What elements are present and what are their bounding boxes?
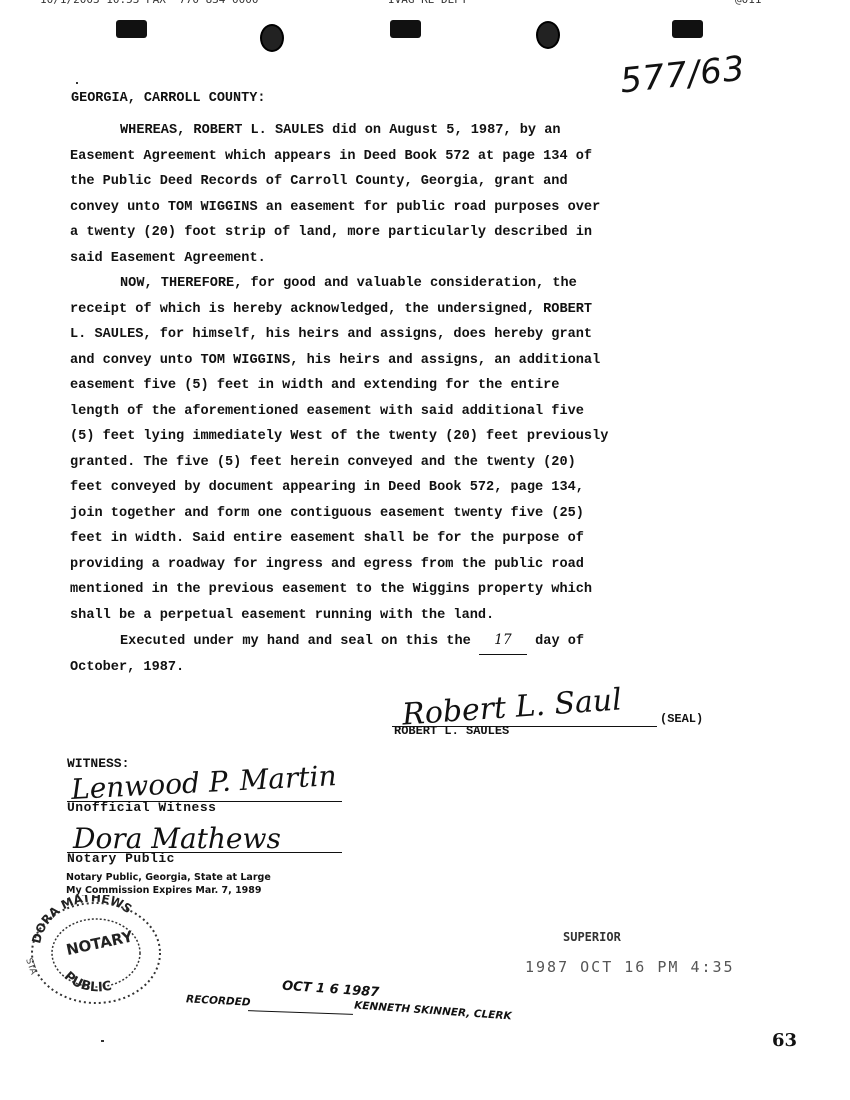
scan-speck: [101, 1040, 104, 1042]
text-line: shall be a perpetual easement running wi…: [70, 603, 750, 629]
text-line: feet in width. Said entire easement shal…: [70, 526, 750, 552]
punch-hole-icon: [260, 24, 284, 52]
text-line: mentioned in the previous easement to th…: [70, 577, 750, 603]
text-line: Easement Agreement which appears in Deed…: [70, 144, 750, 170]
notary-commission-info: Notary Public, Georgia, State at Large M…: [66, 871, 271, 897]
redaction-mark: [390, 20, 421, 38]
paragraph-whereas: WHEREAS, ROBERT L. SAULES did on August …: [70, 118, 750, 271]
text-line: the Public Deed Records of Carroll Count…: [70, 169, 750, 195]
text-line: providing a roadway for ingress and egre…: [70, 552, 750, 578]
handwritten-file-number: 577/63: [618, 49, 747, 102]
fax-header-center: IVAG RE DEPT: [388, 0, 467, 6]
paragraph-execution: Executed under my hand and seal on this …: [70, 628, 750, 680]
recorded-stamp: RECORDED OCT 1 6 1987 KENNETH SKINNER, C…: [186, 985, 526, 1035]
notary-seal-stamp-icon: DORA MATHEWS NOTARY PUBLIC STA LARGE: [18, 895, 168, 1005]
text-line: a twenty (20) foot strip of land, more p…: [70, 220, 750, 246]
text-line: and convey unto TOM WIGGINS, his heirs a…: [70, 348, 750, 374]
stamp-word-notary: NOTARY: [65, 927, 136, 959]
stamp-side-left: STA: [23, 957, 38, 977]
text-line: easement five (5) feet in width and exte…: [70, 373, 750, 399]
text-line: feet conveyed by document appearing in D…: [70, 475, 750, 501]
recorded-label: RECORDED: [186, 993, 251, 1008]
stamp-word-public: PUBLIC: [61, 969, 113, 995]
text-line: L. SAULES, for himself, his heirs and as…: [70, 322, 750, 348]
page-number: 63: [772, 1030, 797, 1051]
execution-day-field: 17: [479, 628, 527, 655]
court-stamp-datetime: 1987 OCT 16 PM 4:35: [525, 958, 735, 976]
notary-title: Notary Public: [67, 851, 175, 866]
punch-hole-icon: [536, 21, 560, 49]
redaction-mark: [672, 20, 703, 38]
fax-header-left: 10/1/2003 10:53 FAX 770 834 0000: [40, 0, 259, 6]
fax-header-right: @011: [735, 0, 762, 6]
text-line: convey unto TOM WIGGINS an easement for …: [70, 195, 750, 221]
text-line: WHEREAS, ROBERT L. SAULES did on August …: [70, 118, 750, 144]
court-stamp-title: SUPERIOR: [563, 930, 621, 944]
text-line: said Easement Agreement.: [70, 246, 750, 272]
scan-speck: [76, 82, 78, 84]
text-line: October, 1987.: [70, 655, 750, 681]
recorded-date: OCT 1 6 1987: [282, 979, 380, 1001]
seal-label: (SEAL): [660, 712, 703, 726]
text-line: NOW, THEREFORE, for good and valuable co…: [70, 271, 750, 297]
text-line: (5) feet lying immediately West of the t…: [70, 424, 750, 450]
text-line: granted. The five (5) feet herein convey…: [70, 450, 750, 476]
witness-title: Unofficial Witness: [67, 800, 216, 815]
text-line: join together and form one contiguous ea…: [70, 501, 750, 527]
recorded-clerk: KENNETH SKINNER, CLERK: [354, 1000, 512, 1023]
redaction-mark: [116, 20, 147, 38]
text-line: receipt of which is hereby acknowledged,…: [70, 297, 750, 323]
paragraph-now-therefore: NOW, THEREFORE, for good and valuable co…: [70, 271, 750, 628]
recorded-line: [248, 1010, 353, 1015]
witness-label: WITNESS:: [67, 756, 129, 771]
grantor-printed-name: ROBERT L. SAULES: [394, 724, 509, 738]
document-heading: GEORGIA, CARROLL COUNTY:: [71, 91, 265, 106]
fax-header: 10/1/2003 10:53 FAX 770 834 0000 IVAG RE…: [0, 0, 850, 5]
execution-suffix: day of: [535, 634, 584, 649]
execution-prefix: Executed under my hand and seal on this …: [120, 634, 471, 649]
notary-info-line: Notary Public, Georgia, State at Large: [66, 871, 271, 884]
document-body: WHEREAS, ROBERT L. SAULES did on August …: [70, 118, 750, 680]
text-line: length of the aforementioned easement wi…: [70, 399, 750, 425]
svg-text:PUBLIC: PUBLIC: [61, 969, 113, 995]
text-line: Executed under my hand and seal on this …: [70, 628, 750, 655]
